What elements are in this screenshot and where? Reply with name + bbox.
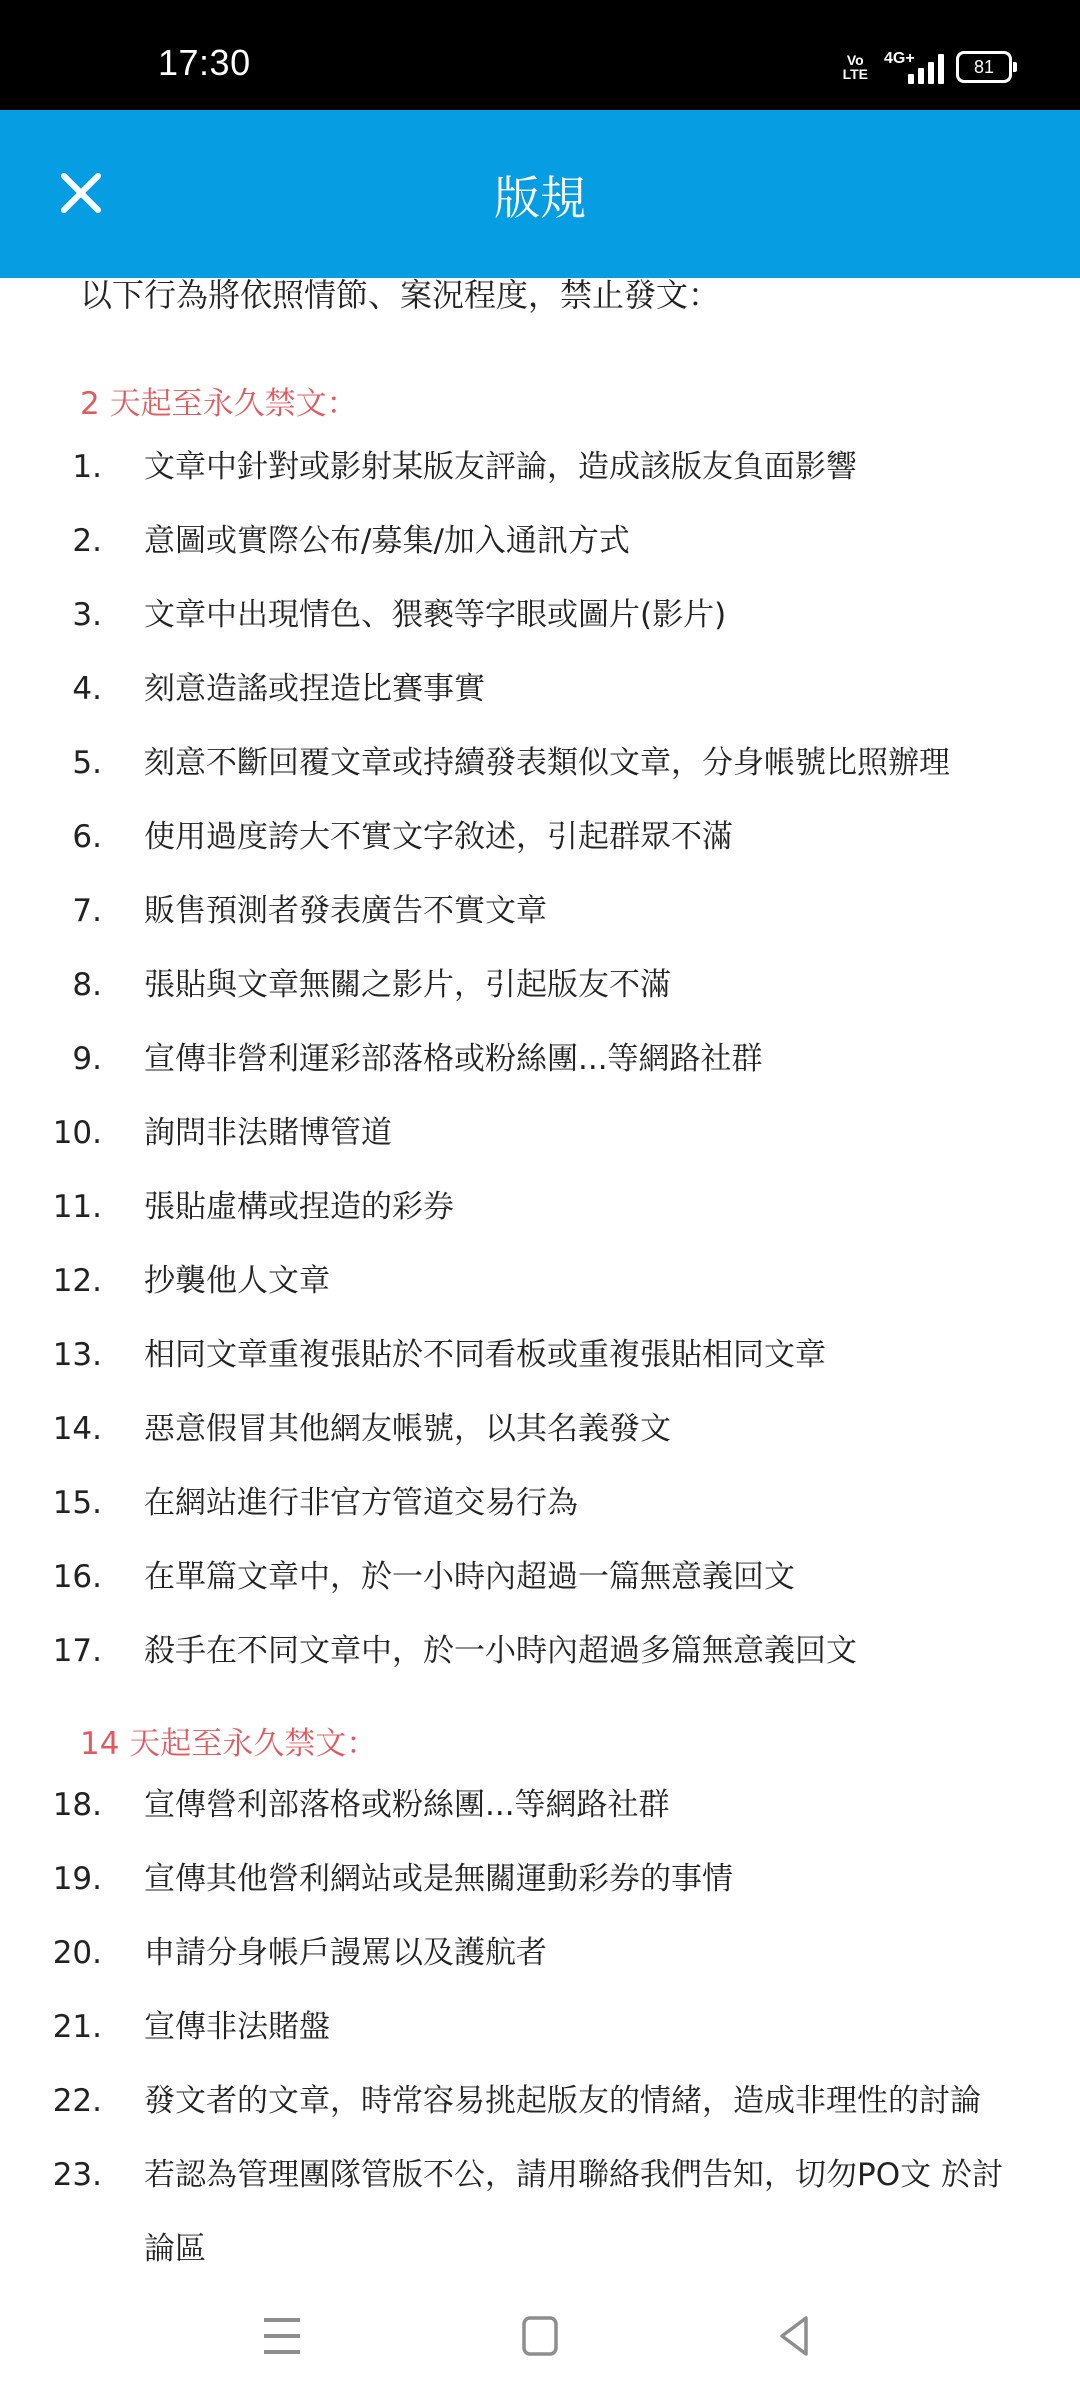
rule-text: 相同文章重複張貼於不同看板或重複張貼相同文章 [144,1318,1024,1392]
rule-text: 殺手在不同文章中，於一小時內超過多篇無意義回文 [144,1614,1024,1688]
status-bar: 17:30 Vo LTE 4G+ 81 [0,0,1080,110]
rule-number: 18. [53,1768,102,1842]
rule-number: 23. [53,2138,102,2212]
rule-text: 宣傳非營利運彩部落格或粉絲團...等網路社群 [144,1022,1024,1096]
rule-number: 3. [72,578,102,652]
rule-number: 1. [72,430,102,504]
rule-text: 在網站進行非官方管道交易行為 [144,1466,1024,1540]
back-icon [766,2308,826,2364]
section-heading: 2 天起至永久禁文： [80,378,358,423]
volte-icon: Vo LTE [843,53,868,81]
intro-text: 以下行為將依照情節、案況程度，禁止發文： [80,278,720,316]
rule-text: 使用過度誇大不實文字敘述，引起群眾不滿 [144,800,1024,874]
network-type: 4G+ [884,50,915,68]
rule-number: 19. [53,1842,102,1916]
rule-text: 文章中出現情色、猥褻等字眼或圖片(影片) [144,578,1024,652]
signal-bar [908,74,914,84]
rule-number: 9. [72,1022,102,1096]
rule-number: 15. [53,1466,102,1540]
rule-text: 張貼虛構或捏造的彩券 [144,1170,1024,1244]
rule-text: 發文者的文章，時常容易挑起版友的情緒，造成非理性的討論 [144,2064,1024,2138]
rules-content[interactable]: 以下行為將依照情節、案況程度，禁止發文： 2 天起至永久禁文： 1.文章中針對或… [0,278,1080,2268]
rule-number: 7. [72,874,102,948]
rule-number: 21. [53,1990,102,2064]
battery-icon: 81 [956,51,1012,83]
rule-number: 10. [53,1096,102,1170]
rule-number: 11. [53,1170,102,1244]
rule-text: 若認為管理團隊管版不公，請用聯絡我們告知，切勿PO文 於討論區 [144,2138,1024,2268]
rule-text: 惡意假冒其他網友帳號，以其名義發文 [144,1392,1024,1466]
rule-text: 意圖或實際公布/募集/加入通訊方式 [144,504,1024,578]
rule-number: 5. [72,726,102,800]
rule-number: 2. [72,504,102,578]
status-time: 17:30 [158,42,251,84]
rule-text: 販售預測者發表廣告不實文章 [144,874,1024,948]
battery-level: 81 [974,57,994,78]
rule-number: 16. [53,1540,102,1614]
signal-bar [918,68,924,84]
app-header: 版規 [0,110,1080,278]
home-button[interactable] [510,2308,570,2364]
rule-text: 宣傳非法賭盤 [144,1990,1024,2064]
volte-bottom: LTE [843,67,868,81]
signal-icon: 4G+ [884,50,940,84]
signal-bar [938,54,944,84]
home-icon [510,2308,570,2364]
rule-number: 6. [72,800,102,874]
section-heading: 14 天起至永久禁文： [80,1718,377,1763]
rule-text: 在單篇文章中，於一小時內超過一篇無意義回文 [144,1540,1024,1614]
back-button[interactable] [766,2308,826,2364]
rule-text: 宣傳營利部落格或粉絲團...等網路社群 [144,1768,1024,1842]
rule-text: 張貼與文章無關之影片，引起版友不滿 [144,948,1024,1022]
page-title: 版規 [0,162,1080,228]
rule-number: 13. [53,1318,102,1392]
recents-button[interactable] [254,2308,314,2364]
recents-icon [254,2308,314,2364]
rule-number: 20. [53,1916,102,1990]
rule-text: 申請分身帳戶謾罵以及護航者 [144,1916,1024,1990]
status-icons: Vo LTE 4G+ 81 [843,50,1012,84]
rule-text: 抄襲他人文章 [144,1244,1024,1318]
rule-number: 17. [53,1614,102,1688]
rule-number: 22. [53,2064,102,2138]
signal-bar [928,62,934,84]
rule-number: 8. [72,948,102,1022]
navigation-bar [0,2268,1080,2400]
rule-number: 12. [53,1244,102,1318]
volte-top: Vo [843,53,868,67]
rule-text: 宣傳其他營利網站或是無關運動彩券的事情 [144,1842,1024,1916]
rule-text: 刻意造謠或捏造比賽事實 [144,652,1024,726]
rule-number: 14. [53,1392,102,1466]
rule-text: 文章中針對或影射某版友評論，造成該版友負面影響 [144,430,1024,504]
rule-text: 詢問非法賭博管道 [144,1096,1024,1170]
rule-text: 刻意不斷回覆文章或持續發表類似文章，分身帳號比照辦理 [144,726,1024,800]
rule-number: 4. [72,652,102,726]
